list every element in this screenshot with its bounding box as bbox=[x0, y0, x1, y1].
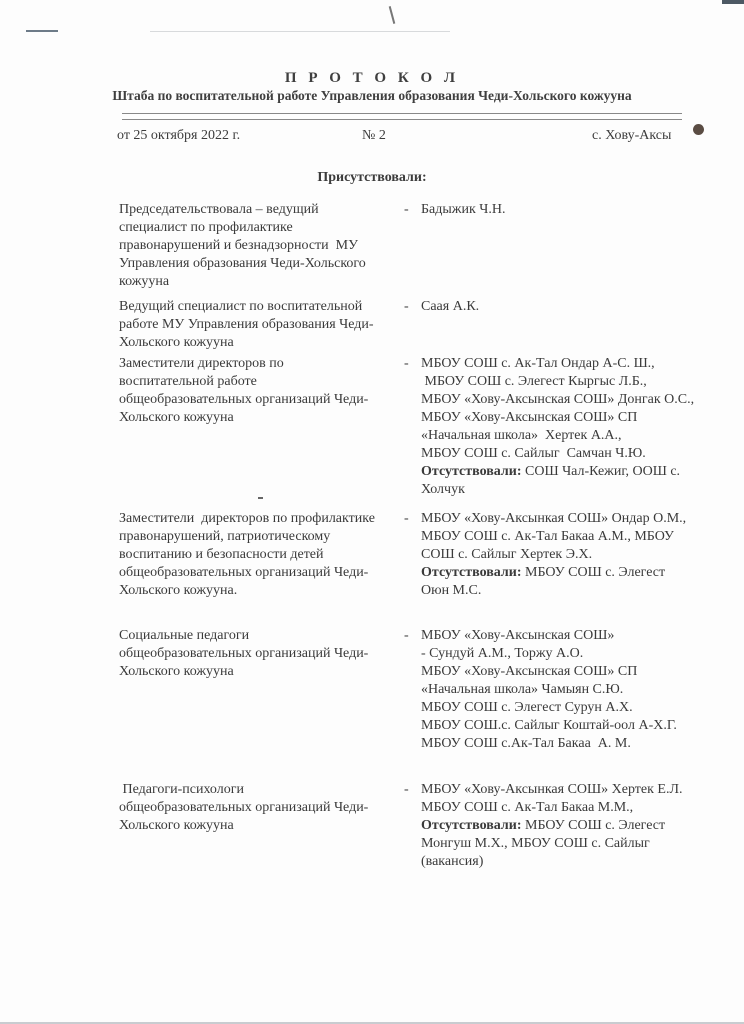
attendee-role: Педагоги-психологиобщеобразовательных ор… bbox=[119, 781, 391, 835]
absent-entry: (вакансия) bbox=[421, 853, 721, 871]
separator-dash: - bbox=[404, 201, 409, 219]
attendee-role: Заместители директоров по профилактикепр… bbox=[119, 510, 391, 600]
scan-artifact bbox=[389, 6, 396, 24]
separator-dash: - bbox=[404, 781, 409, 799]
absent-entry: Отсутствовали: МБОУ СОШ с. Элегест bbox=[421, 564, 721, 582]
absent-label: Отсутствовали: bbox=[421, 464, 522, 479]
absent-entry: Холчук bbox=[421, 481, 721, 499]
scan-artifact bbox=[258, 497, 263, 499]
attendee-names: Саая А.К. bbox=[421, 298, 721, 316]
attendee-role: Ведущий специалист по воспитательнойрабо… bbox=[119, 298, 391, 352]
absent-entry: Отсутствовали: СОШ Чал-Кежиг, ООШ с. bbox=[421, 463, 721, 481]
attendee-role: Председательствовала – ведущийспециалист… bbox=[119, 201, 391, 291]
document-subtitle: Штаба по воспитательной работе Управлени… bbox=[0, 88, 744, 104]
present-heading: Присутствовали: bbox=[0, 170, 744, 186]
absent-label: Отсутствовали: bbox=[421, 818, 522, 833]
absent-entry: Отсутствовали: МБОУ СОШ с. Элегест bbox=[421, 817, 721, 835]
scan-artifact bbox=[722, 0, 744, 4]
absent-label: Отсутствовали: bbox=[421, 565, 522, 580]
separator-dash: - bbox=[404, 355, 409, 373]
document-place: с. Хову-Аксы bbox=[592, 128, 671, 144]
document-date: от 25 октября 2022 г. bbox=[117, 128, 240, 144]
scan-artifact bbox=[26, 30, 58, 32]
double-rule-divider bbox=[122, 113, 682, 120]
separator-dash: - bbox=[404, 298, 409, 316]
scan-artifact bbox=[150, 31, 450, 32]
attendee-names: МБОУ «Хову-Аксынкая СОШ» Ондар О.М.,МБОУ… bbox=[421, 510, 721, 600]
attendee-role: Заместители директоров повоспитательной … bbox=[119, 355, 391, 427]
attendee-names: Бадыжик Ч.Н. bbox=[421, 201, 721, 219]
separator-dash: - bbox=[404, 510, 409, 528]
attendee-names: МБОУ «Хову-Аксынкая СОШ» Хертек Е.Л.МБОУ… bbox=[421, 781, 721, 871]
document-title: П Р О Т О К О Л bbox=[0, 70, 744, 87]
separator-dash: - bbox=[404, 627, 409, 645]
attendee-names: МБОУ «Хову-Аксынская СОШ»- Сундуй А.М., … bbox=[421, 627, 721, 753]
absent-entry: Монгуш М.Х., МБОУ СОШ с. Сайлыг bbox=[421, 835, 721, 853]
attendee-role: Социальные педагогиобщеобразовательных о… bbox=[119, 627, 391, 681]
absent-entry: Оюн М.С. bbox=[421, 582, 721, 600]
document-number: № 2 bbox=[362, 128, 386, 144]
hole-punch-mark bbox=[693, 124, 704, 135]
attendee-names: МБОУ СОШ с. Ак-Тал Ондар А-С. Ш., МБОУ С… bbox=[421, 355, 721, 499]
